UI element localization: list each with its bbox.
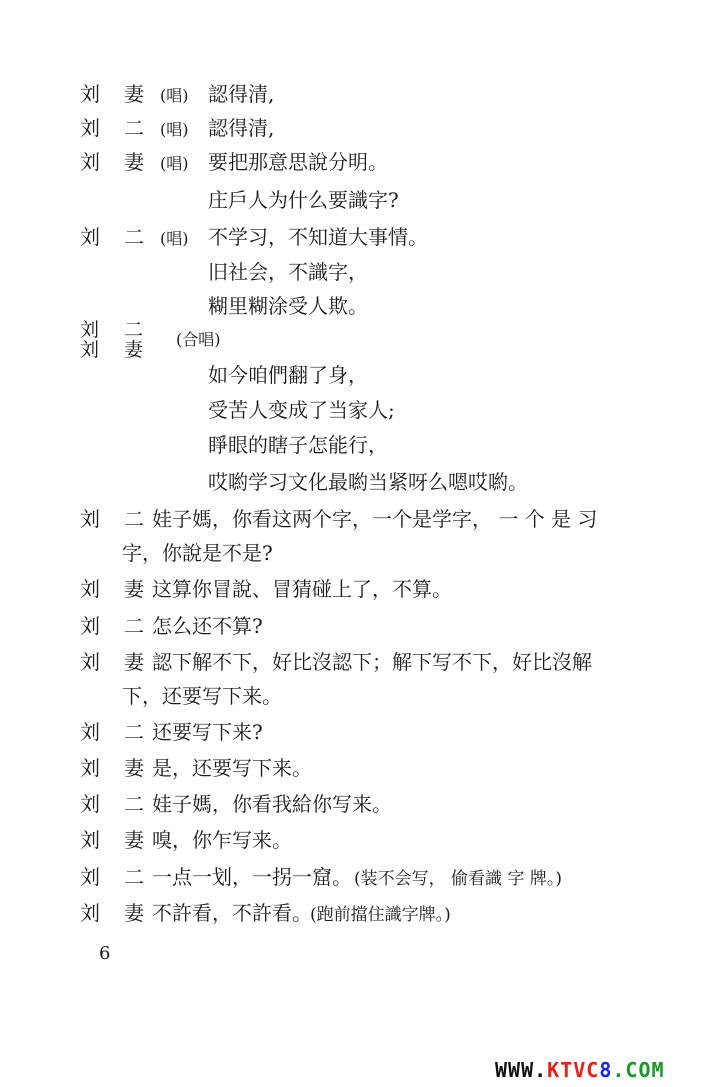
speaker-name: 二 <box>124 720 144 744</box>
speaker-name: 妻 <box>124 828 144 852</box>
stage-direction: (唱) <box>160 84 189 108</box>
stage-direction: (唱) <box>160 118 189 142</box>
speaker-surname: 刘 <box>80 507 100 531</box>
watermark-eight: 8 <box>599 1058 612 1082</box>
line-text: 認得清, <box>208 116 274 140</box>
line-text: 受苦人变成了当家人; <box>208 398 395 422</box>
speaker-name: 妻 <box>124 340 143 360</box>
speaker-surname: 刘 <box>80 828 100 852</box>
line-text: 旧社会，不識字， <box>208 260 368 284</box>
speaker-name: 妻 <box>124 577 144 601</box>
speaker-name: 妻 <box>124 650 144 674</box>
watermark: WWW.KTVC8.COM <box>495 1058 665 1082</box>
line-text: 是，还要写下来。 <box>152 756 312 780</box>
stage-direction: (装不会写， 偷看識 字 牌。) <box>354 867 562 891</box>
speaker-surname: 刘 <box>80 650 100 674</box>
speaker-surname: 刘 <box>80 577 100 601</box>
page-number: 6 <box>99 943 110 964</box>
speaker-name: 妻 <box>124 150 144 174</box>
line-text: 庄戶人为什么要識字? <box>208 188 399 212</box>
line-text: 一点一划，一拐一窟。 <box>152 865 352 889</box>
line-text: 字，你說是不是? <box>122 541 273 565</box>
speaker-surname: 刘 <box>80 720 100 744</box>
watermark-brand: KTVC <box>547 1058 599 1082</box>
speaker-name: 二 <box>124 614 144 638</box>
stage-direction: (唱) <box>160 227 189 251</box>
speaker-surname: 刘 <box>80 901 100 925</box>
speaker-name: 妻 <box>124 82 144 106</box>
watermark-prefix: WWW. <box>495 1058 547 1082</box>
speaker-name: 二 <box>124 792 144 816</box>
line-text: 睜眼的瞎子怎能行， <box>208 433 388 457</box>
stage-direction: (合唱) <box>176 328 221 352</box>
speaker-surname: 刘 <box>80 150 100 174</box>
speaker-surname: 刘 <box>80 116 100 140</box>
speaker-name: 妻 <box>124 901 144 925</box>
line-text: 哎喲学习文化最喲当紧呀么嗯哎喲。 <box>208 470 528 494</box>
stage-direction: (唱) <box>160 152 189 176</box>
speaker-surname: 刘 <box>80 792 100 816</box>
line-text: 不学习，不知道大事情。 <box>208 225 428 249</box>
line-text: 下，还要写下来。 <box>122 684 282 708</box>
line-text: 嗅，你乍写来。 <box>152 828 292 852</box>
speaker-surname: 刘 <box>80 865 100 889</box>
line-text: 不許看，不許看。 <box>152 901 312 925</box>
speaker-name: 二 <box>124 320 143 340</box>
speaker-surname: 刘 <box>80 614 100 638</box>
speaker-name: 妻 <box>124 756 144 780</box>
stage-direction: (跑前擋住識字牌。) <box>310 903 451 927</box>
line-text: 如今咱們翻了身， <box>208 363 368 387</box>
line-text: 还要写下来? <box>152 720 263 744</box>
line-text: 娃子媽，你看这两个字，一个是学字， 一 个 是 习 <box>152 507 597 531</box>
line-text: 要把那意思說分明。 <box>208 150 388 174</box>
line-text: 这算你冒說、冒猜碰上了，不算。 <box>152 577 452 601</box>
line-text: 怎么还不算? <box>152 614 263 638</box>
speaker-surname: 刘 <box>80 225 100 249</box>
line-text: 糊里糊涂受人欺。 <box>208 294 368 318</box>
line-text: 認得清, <box>208 82 274 106</box>
speaker-name: 二 <box>124 225 144 249</box>
line-text: 娃子媽，你看我給你写来。 <box>152 792 392 816</box>
watermark-suffix: .COM <box>612 1058 664 1082</box>
speaker-surname: 刘 <box>80 320 99 340</box>
speaker-name: 二 <box>124 116 144 140</box>
line-text: 認下解不下，好比沒認下；解下写不下，好比沒解 <box>152 650 592 674</box>
speaker-name: 二 <box>124 507 144 531</box>
speaker-name: 二 <box>124 865 144 889</box>
speaker-surname: 刘 <box>80 756 100 780</box>
speaker-surname: 刘 <box>80 340 99 360</box>
speaker-surname: 刘 <box>80 82 100 106</box>
